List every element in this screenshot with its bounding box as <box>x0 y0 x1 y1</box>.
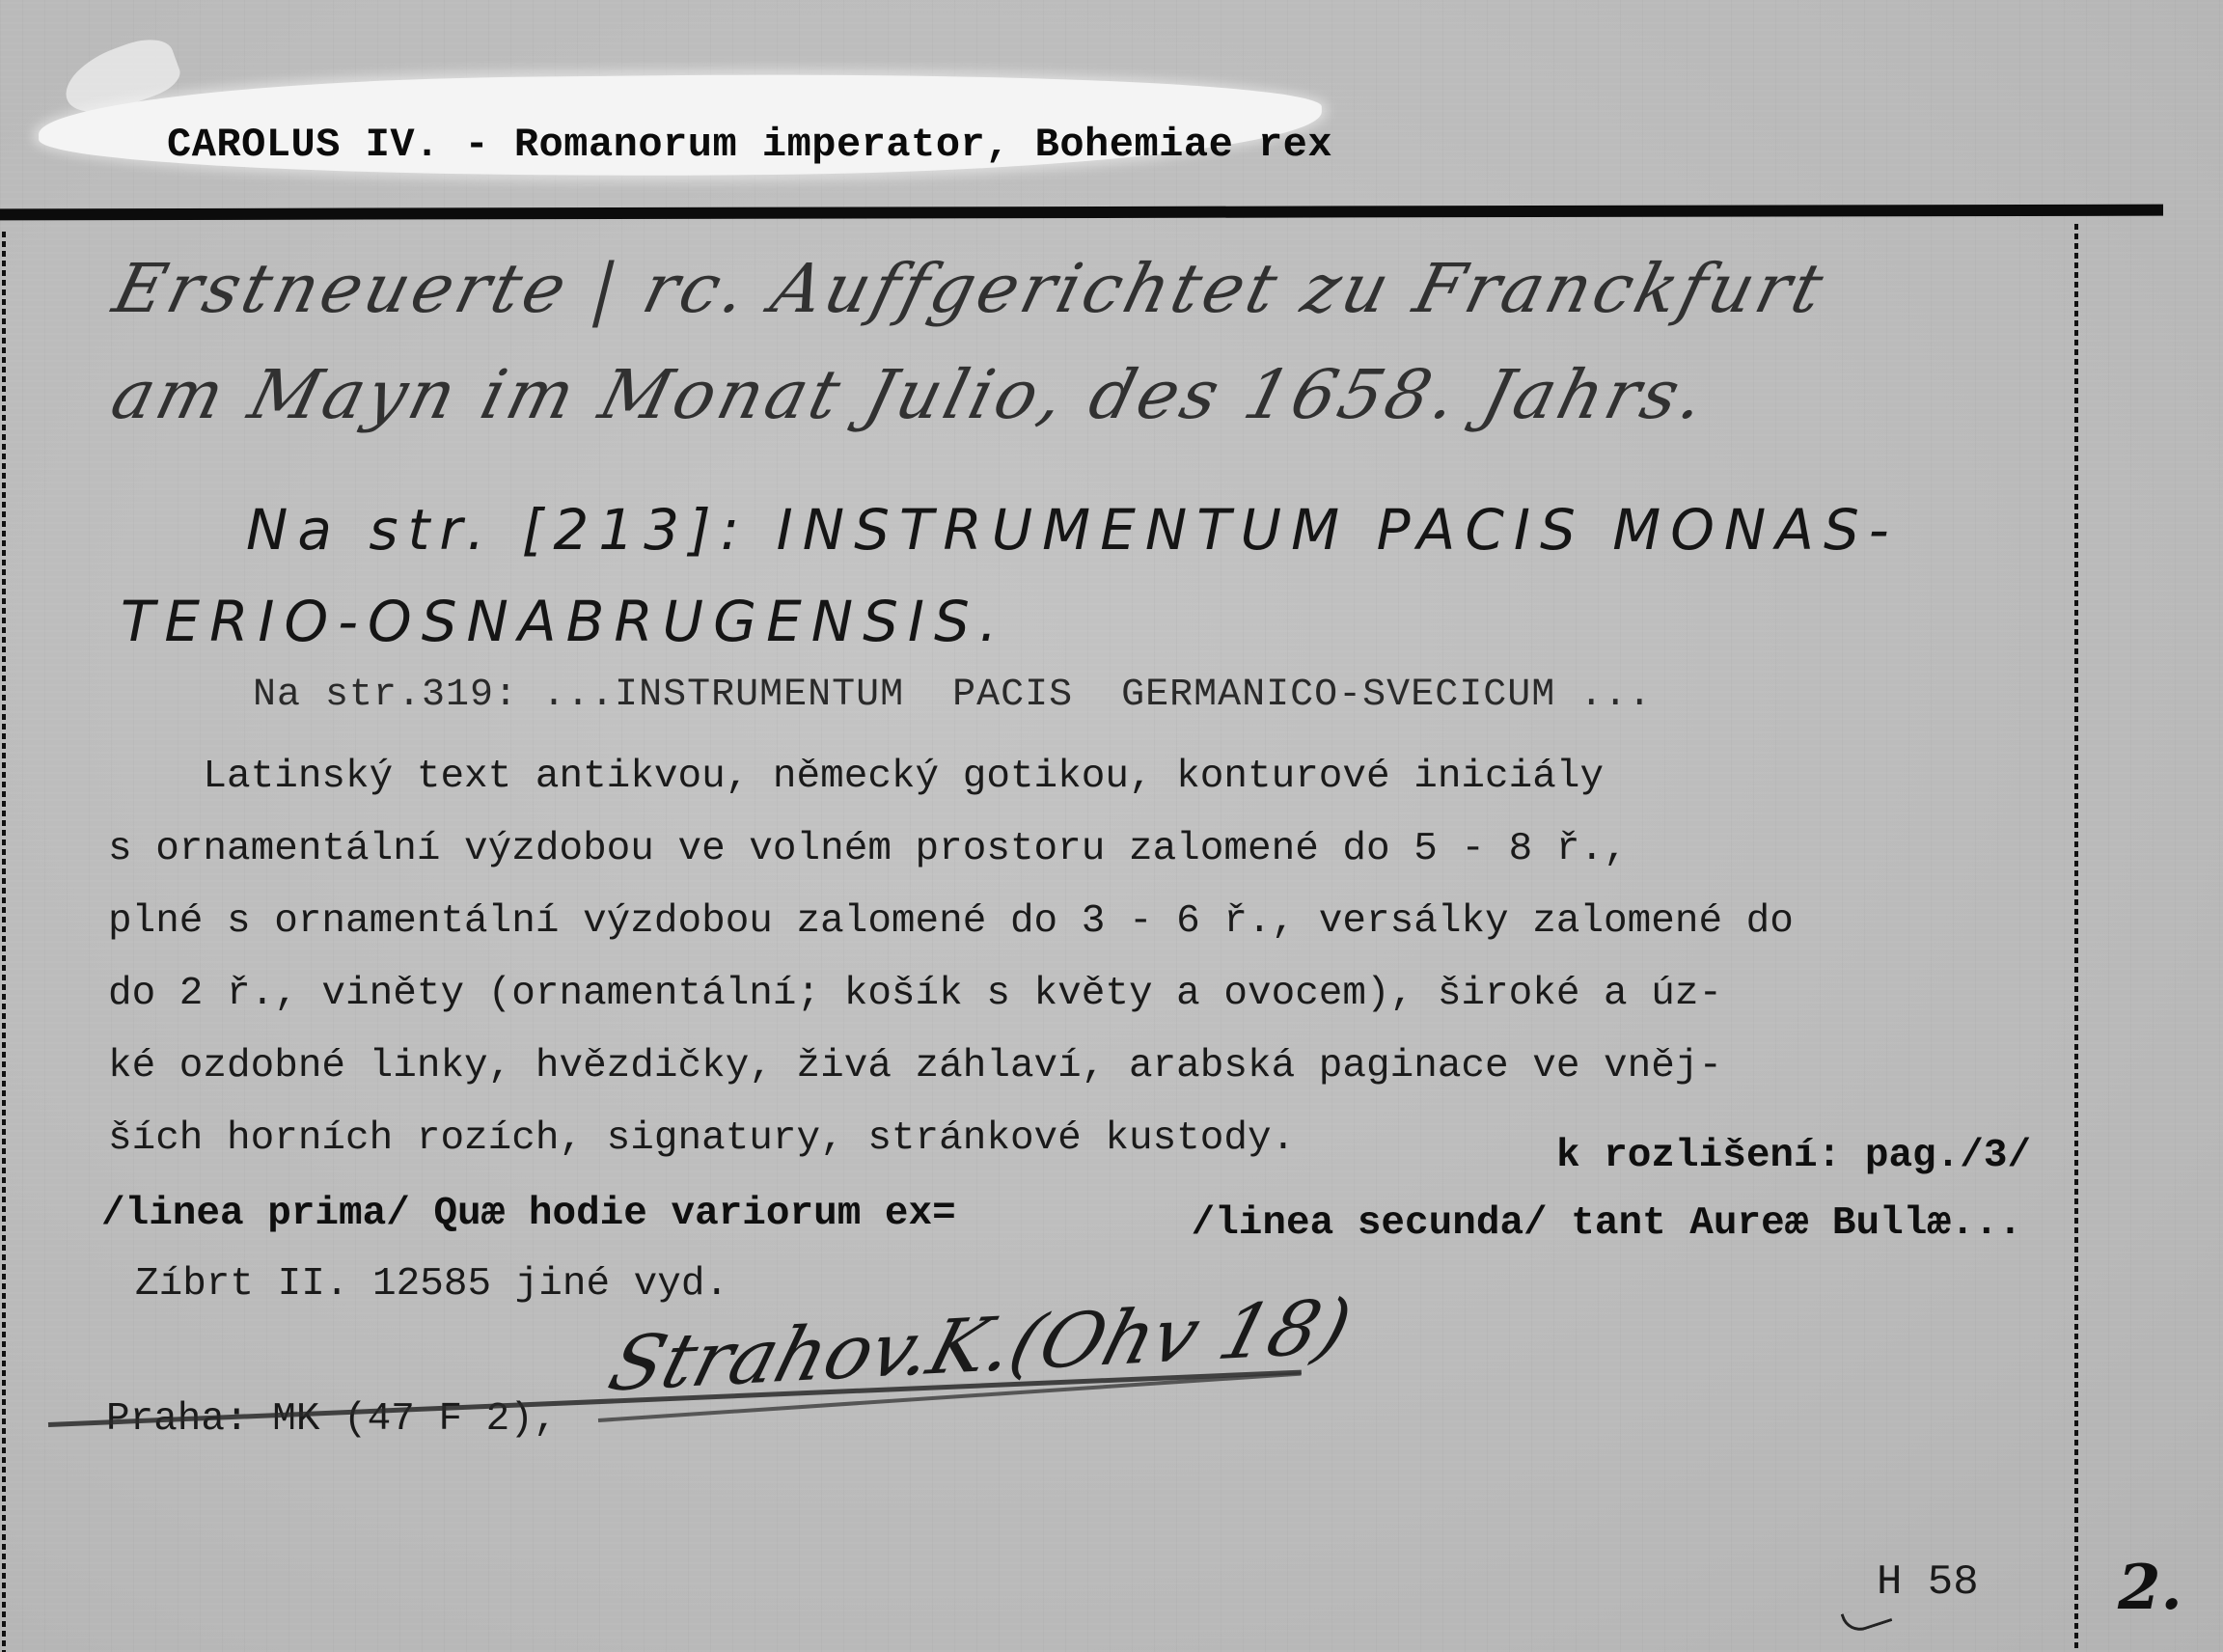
description-line: ších horních rozích, signatury, stránkov… <box>108 1116 1295 1161</box>
handwritten-note-line-1: Na str. [213]: INSTRUMENTUM PACIS MONAS- <box>246 497 1899 563</box>
description-line: Latinský text antikvou, německý gotikou,… <box>108 755 1604 799</box>
card-number: 2. <box>2118 1552 2182 1624</box>
typed-page-note: Na str.319: ...INSTRUMENTUM PACIS GERMAN… <box>253 674 1652 717</box>
bibliographic-reference: Zíbrt II. 12585 jiné vyd. <box>135 1262 728 1307</box>
heading-rule <box>0 205 2163 221</box>
distinction-line-secunda: /linea secunda/ tant Aureæ Bullæ... <box>1167 1201 2022 1246</box>
catalog-card: CAROLUS IV. - Romanorum imperator, Bohem… <box>0 0 2223 1652</box>
handwritten-title-line-1: Erstneuerte | rc. Auffgerichtet zu Franc… <box>106 249 1834 328</box>
description-line: plné s ornamentální výzdobou zalomené do… <box>108 899 1794 944</box>
right-margin-dotted-line <box>2074 224 2078 1652</box>
distinction-label: k rozlišení: pag./3/ <box>1556 1134 2031 1178</box>
handwritten-note-line-2: TERIO-OSNABRUGENSIS. <box>121 589 1006 654</box>
description-line: s ornamentální výzdobou ve volném prosto… <box>108 827 1628 871</box>
distinction-line-prima: /linea prima/ Quæ hodie variorum ex= <box>101 1192 956 1236</box>
card-heading: CAROLUS IV. - Romanorum imperator, Bohem… <box>167 122 1332 168</box>
left-margin-dotted-line <box>2 232 6 1652</box>
handwritten-title-line-2: am Mayn im Monat Julio, des 1658. Jahrs. <box>104 355 1716 434</box>
description-line: ké ozdobné linky, hvězdičky, živá záhlav… <box>108 1044 1722 1088</box>
call-number: H 58 <box>1877 1558 1979 1607</box>
description-line: do 2 ř., viněty (ornamentální; košík s k… <box>108 972 1722 1016</box>
